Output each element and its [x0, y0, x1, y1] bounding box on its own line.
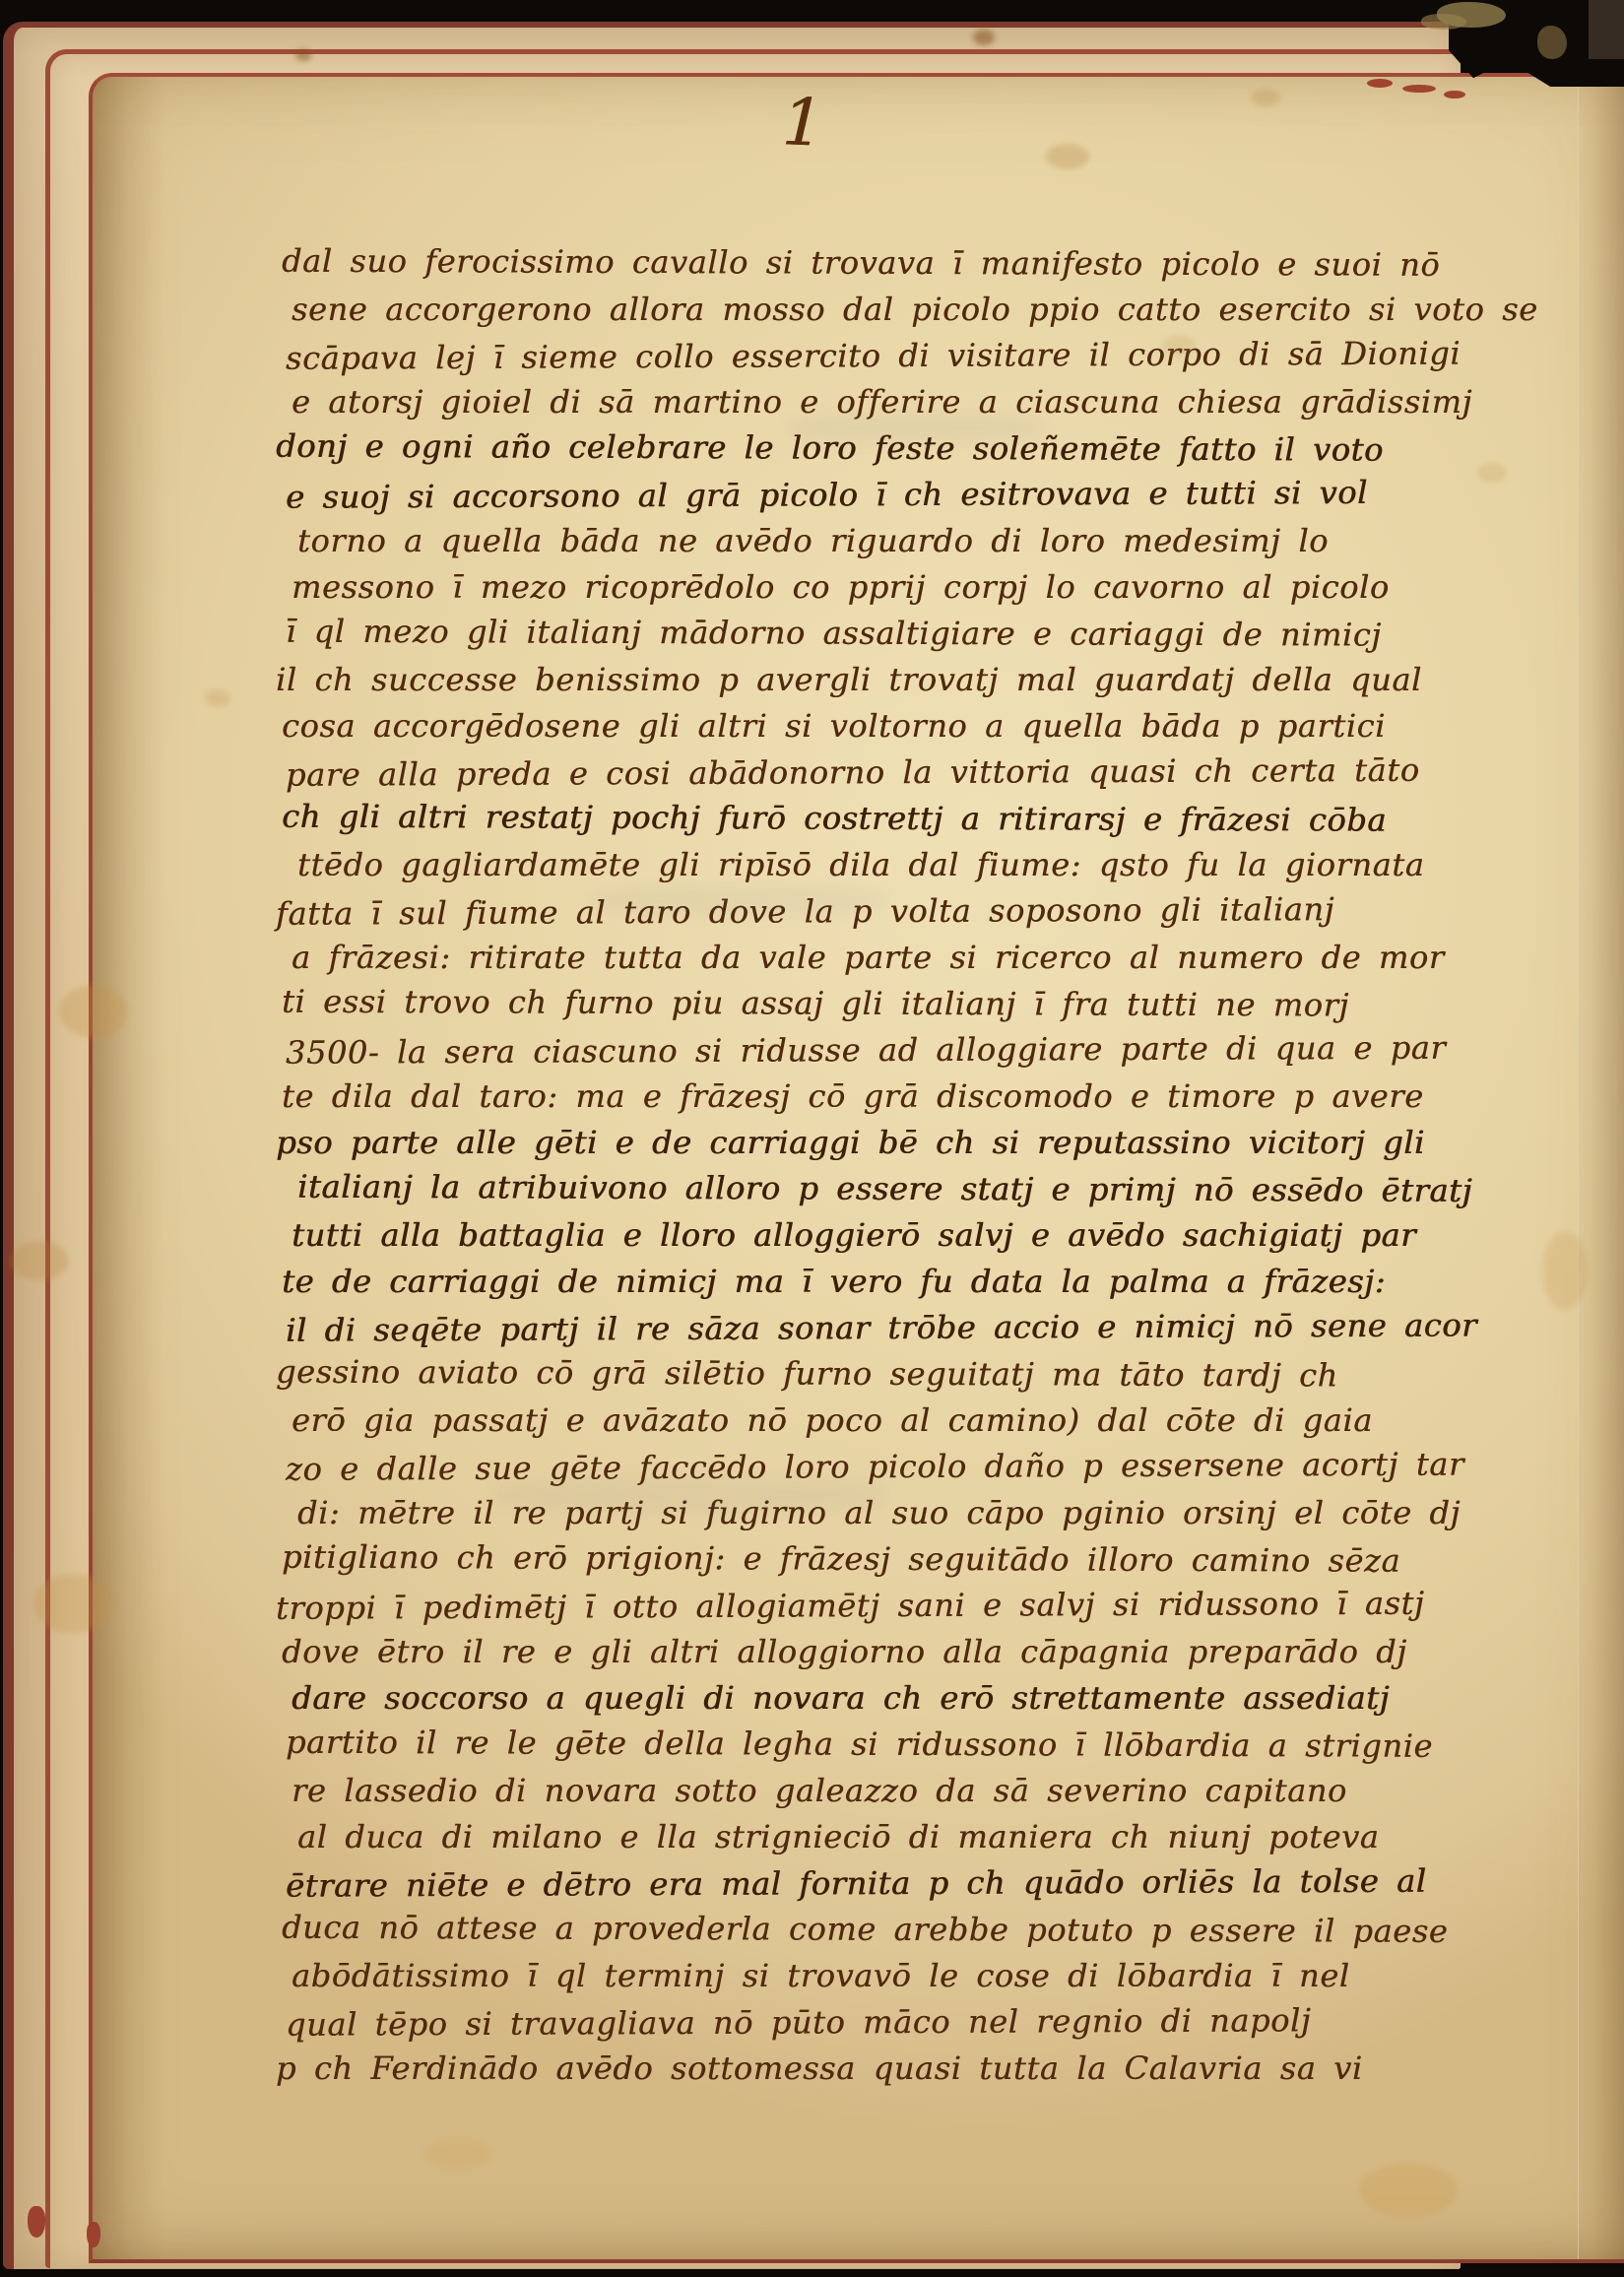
manuscript-text-line: a frāzesi: ritirate tutta da vale parte … — [292, 935, 1552, 981]
manuscript-text-line: 3500- la sera ciascuno si ridusse ad all… — [286, 1024, 1552, 1076]
manuscript-text-line: pare alla preda e cosi abādonorno la vit… — [286, 747, 1552, 799]
manuscript-text-line: cosa accorgēdosene gli altri si voltorno… — [282, 703, 1552, 749]
manuscript-text-line: troppi ī pedimētj ī otto allogiamētj san… — [276, 1580, 1552, 1632]
manuscript-text-line: sene accorgerono allora mosso dal picolo… — [292, 287, 1552, 333]
manuscript-text-line: re lassedio di novara sotto galeazzo da … — [292, 1768, 1552, 1814]
manuscript-text-line: scāpava lej ī sieme collo essercito di v… — [286, 330, 1552, 382]
manuscript-text-line: dove ētro il re e gli altri alloggiorno … — [282, 1629, 1552, 1675]
manuscript-text-block: dal suo ferocissimo cavallo si trovava ī… — [282, 240, 1552, 2092]
manuscript-text-line: erō gia passatj e avāzato nō poco al cam… — [292, 1398, 1552, 1444]
manuscript-text-line: p ch Ferdinādo avēdo sottomessa quasi tu… — [276, 2046, 1552, 2092]
manuscript-text-line: gessino aviato cō grā silētio furno segu… — [276, 1349, 1552, 1400]
manuscript-text-line: pso parte alle gēti e de carriaggi bē ch… — [276, 1120, 1552, 1166]
manuscript-text-line: zo e dalle sue gēte faccēdo loro picolo … — [286, 1441, 1552, 1493]
manuscript-page: 1 dal suo ferocissimo cavallo si trovava… — [89, 73, 1624, 2263]
manuscript-text-line: dare soccorso a quegli di novara ch erō … — [292, 1675, 1552, 1722]
book-board-edge — [1589, 0, 1624, 59]
manuscript-text-line: qual tēpo si travagliava nō pūto māco ne… — [286, 1996, 1552, 2049]
manuscript-scan: 1 dal suo ferocissimo cavallo si trovava… — [0, 0, 1624, 2277]
manuscript-text-line: al duca di milano e lla strignieciō di m… — [297, 1814, 1552, 1860]
binding-gutter-shadow — [93, 77, 165, 2259]
manuscript-text-line: abōdātissimo ī ql terminj si trovavō le … — [292, 1953, 1552, 1999]
manuscript-text-line: messono ī mezo ricoprēdolo co pprij corp… — [292, 564, 1552, 611]
manuscript-text-line: te dila dal taro: ma e frāzesj cō grā di… — [282, 1073, 1552, 1120]
manuscript-text-line: ti essi trovo ch furno piu assaj gli ita… — [282, 979, 1552, 1030]
manuscript-text-line: ttēdo gagliardamēte gli ripīsō dila dal … — [297, 842, 1552, 888]
manuscript-text-line: duca nō attese a provederla come arebbe … — [282, 1905, 1552, 1956]
manuscript-text-line: e atorsj gioiel di sā martino e offerire… — [292, 379, 1552, 425]
red-edge-drip — [87, 2222, 100, 2247]
manuscript-text-line: italianj la atribuivono alloro p essere … — [297, 1164, 1552, 1214]
page-fore-edge-shadow — [1578, 77, 1624, 2259]
red-edge-speckle — [1367, 79, 1393, 88]
red-edge-speckle — [1402, 85, 1436, 93]
red-edge-speckle — [1444, 91, 1465, 98]
manuscript-text-line: te de carriaggi de nimicj ma ī vero fu d… — [282, 1259, 1552, 1305]
manuscript-text-line: ētrare niēte e dētro era mal fornita p c… — [286, 1857, 1552, 1910]
folio-number: 1 — [781, 84, 825, 161]
manuscript-text-line: ī ql mezo gli italianj mādorno assaltigi… — [286, 609, 1552, 659]
manuscript-text-line: il ch successe benissimo p avergli trova… — [276, 657, 1552, 703]
manuscript-text-line: torno a quella bāda ne avēdo riguardo di… — [297, 518, 1552, 564]
manuscript-text-line: fatta ī sul fiume al taro dove la p volt… — [276, 885, 1552, 938]
manuscript-text-line: donj e ogni año celebrare le loro feste … — [276, 423, 1552, 475]
manuscript-text-line: partito il re le gēte della legha si rid… — [286, 1720, 1552, 1770]
red-edge-drip — [28, 2206, 45, 2238]
manuscript-text-line: ch gli altri restatj pochj furō costrett… — [282, 794, 1552, 845]
manuscript-text-line: tutti alla battaglia e lloro alloggierō … — [292, 1212, 1552, 1259]
manuscript-text-line: di: mētre il re partj si fugirno al suo … — [297, 1490, 1552, 1536]
manuscript-text-line: il di seqēte partj il re sāza sonar trōb… — [286, 1302, 1552, 1354]
manuscript-text-line: e suoj si accorsono al grā picolo ī ch e… — [286, 469, 1552, 521]
manuscript-text-line: dal suo ferocissimo cavallo si trovava ī… — [282, 238, 1552, 290]
manuscript-text-line: pitigliano ch erō prigionj: e frāzesj se… — [282, 1534, 1552, 1586]
paper-debris — [1537, 26, 1567, 59]
paper-debris — [1421, 14, 1466, 30]
